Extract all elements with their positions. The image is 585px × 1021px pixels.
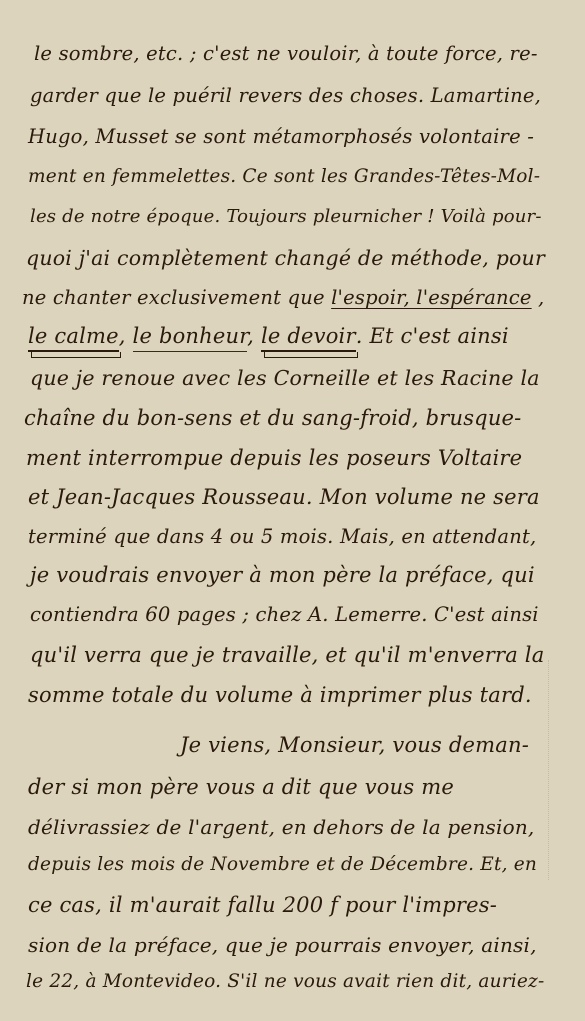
text-line-12: et Jean-Jacques Rousseau. Mon volume ne …	[28, 487, 540, 508]
text-segment: ,	[247, 324, 261, 348]
text-line-10: chaîne du bon-sens et du sang-froid, bru…	[24, 408, 521, 429]
text-line-6: quoi j'ai complètement changé de méthode…	[26, 248, 545, 269]
text-line-7: ne chanter exclusivement que l'espoir, l…	[22, 288, 544, 308]
text-segment: ne chanter exclusivement que	[22, 286, 331, 309]
text-line-16: qu'il verra que je travaille, et qu'il m…	[30, 645, 544, 666]
text-segment: ,	[532, 286, 545, 309]
text-line-2: garder que le puéril revers des choses. …	[30, 86, 541, 106]
text-segment: . Et c'est ainsi	[356, 324, 509, 348]
text-line-3: Hugo, Musset se sont métamorphosés volon…	[28, 127, 534, 147]
text-line-19: der si mon père vous a dit que vous me	[28, 777, 454, 798]
text-line-17: somme totale du volume à imprimer plus t…	[28, 685, 532, 706]
text-line-18-paragraph-start: Je viens, Monsieur, vous deman-	[180, 735, 529, 756]
text-segment: ,	[119, 324, 133, 348]
paper-edge-mark	[547, 660, 549, 880]
underlined-word-calme: le calme	[28, 324, 119, 352]
text-line-8: le calme, le bonheur, le devoir. Et c'es…	[28, 326, 509, 347]
text-line-5: les de notre époque. Toujours pleurniche…	[30, 208, 542, 226]
text-line-13: terminé que dans 4 ou 5 mois. Mais, en a…	[28, 527, 536, 547]
text-line-23: sion de la préface, que je pourrais envo…	[28, 935, 537, 955]
text-line-1: le sombre, etc. ; c'est ne vouloir, à to…	[34, 44, 538, 64]
text-line-15: contiendra 60 pages ; chez A. Lemerre. C…	[30, 605, 539, 625]
underlined-word-bonheur: le bonheur	[133, 324, 248, 352]
text-line-21: depuis les mois de Novembre et de Décemb…	[28, 856, 537, 875]
text-line-20: délivrassiez de l'argent, en dehors de l…	[28, 817, 534, 837]
underlined-words-espoir-esperance: l'espoir, l'espérance	[331, 286, 532, 309]
text-line-11: ment interrompue depuis les poseurs Volt…	[26, 448, 522, 469]
text-line-24: le 22, à Montevideo. S'il ne vous avait …	[26, 973, 544, 992]
text-line-22: ce cas, il m'aurait fallu 200 f pour l'i…	[28, 895, 497, 916]
underlined-word-devoir: le devoir	[261, 324, 356, 352]
text-line-4: ment en femmelettes. Ce sont les Grandes…	[28, 168, 540, 187]
text-line-9: que je renoue avec les Corneille et les …	[30, 368, 540, 389]
text-line-14: je voudrais envoyer à mon père la préfac…	[30, 565, 535, 586]
manuscript-page: le sombre, etc. ; c'est ne vouloir, à to…	[0, 0, 585, 1021]
